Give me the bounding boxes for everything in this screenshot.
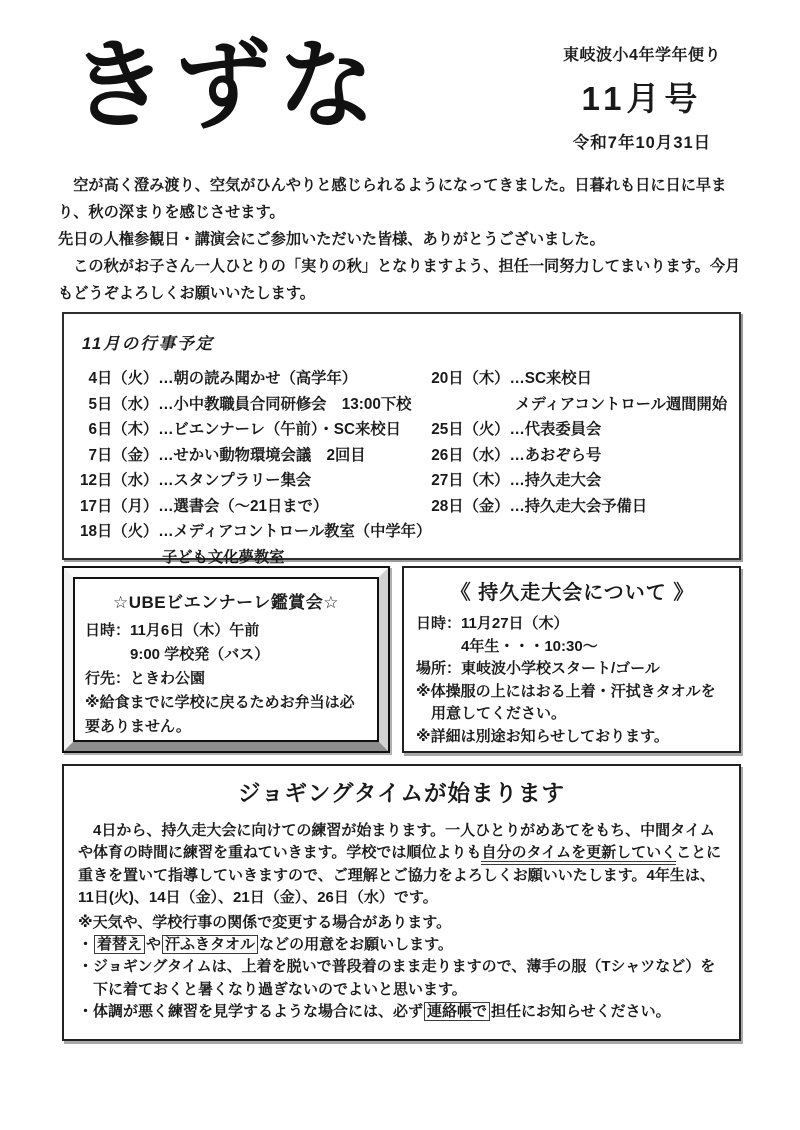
endurance-race-box: 《 持久走大会について 》 日時：11月27日（木） 4年生・・・10:30～ … (402, 566, 741, 753)
schedule-item: 7日（金）…せかい動物環境会議 2回目 (80, 443, 431, 469)
bullet-marker: ・ (78, 936, 93, 953)
schedule-columns: 4日（火）…朝の読み聞かせ（高学年） 5日（水）…小中教職員合同研修会 13:0… (80, 366, 727, 570)
jogging-bullet-2: ・ジョギングタイムは、上着を脱いで普段着のまま走りますので、薄手の服（Tシャツな… (78, 956, 725, 1001)
jogging-box-body: 4日から、持久走大会に向けての練習が始まります。一人ひとりがめあてをもち、中間タ… (78, 820, 725, 1024)
bullet-text: 担任にお知らせください。 (491, 1003, 671, 1020)
ube-box-line: 9:00 学校発（バス） (85, 643, 367, 667)
jogging-box-title: ジョギングタイムが始まります (78, 776, 725, 808)
jogging-underlined-phrase: 自分のタイムを更新していく (481, 844, 676, 865)
schedule-column-right: 20日（木）…SC来校日 メディアコントロール週間開始 25日（火）…代表委員会… (431, 366, 727, 570)
jogging-note: ※天気や、学校行事の関係で変更する場合があります。 (78, 912, 725, 934)
jogging-paragraph: 4日から、持久走大会に向けての練習が始まります。一人ひとりがめあてをもち、中間タ… (78, 820, 725, 910)
intro-section: 空が高く澄み渡り、空気がひんやりと感じられるようになってきました。日暮れも日に日… (58, 172, 748, 307)
race-box-note: ※体操服の上にはおる上着・汗拭きタオルを用意してください。 (416, 681, 729, 726)
schedule-item: 5日（水）…小中教職員合同研修会 13:00下校 (80, 392, 431, 418)
jogging-time-box: ジョギングタイムが始まります 4日から、持久走大会に向けての練習が始まります。一… (62, 764, 741, 1041)
schedule-item: 4日（火）…朝の読み聞かせ（高学年） (80, 366, 431, 392)
race-box-line: 日時：11月27日（木） (416, 613, 729, 636)
issue-school-line: 東岐波小4年学年便り (542, 42, 742, 65)
schedule-item: 20日（木）…SC来校日 (431, 366, 727, 392)
bullet-text: や (146, 936, 161, 953)
intro-paragraph-2: 先日の人権参観日・講演会にご参加いただいた皆様、ありがとうございました。 (58, 226, 748, 253)
schedule-item-continued: メディアコントロール週間開始 (431, 392, 727, 418)
schedule-box: 11月の行事予定 4日（火）…朝の読み聞かせ（高学年） 5日（水）…小中教職員合… (62, 312, 741, 560)
ube-box-title: ☆UBEビエンナーレ鑑賞会☆ (85, 588, 367, 613)
schedule-column-left: 4日（火）…朝の読み聞かせ（高学年） 5日（水）…小中教職員合同研修会 13:0… (80, 366, 431, 570)
ube-frame-bevel: ☆UBEビエンナーレ鑑賞会☆ 日時：11月6日（木）午前 9:00 学校発（バス… (64, 568, 388, 751)
schedule-item: 6日（木）…ビエンナーレ（午前）・SC来校日 (80, 417, 431, 443)
boxed-word-kigae: 着替え (94, 935, 145, 954)
schedule-heading: 11月の行事予定 (82, 330, 727, 354)
bullet-text: ・体調が悪く練習を見学するような場合には、必ず (78, 1003, 423, 1020)
boxed-word-towel: 汗ふきタオル (162, 935, 258, 954)
race-box-note: ※詳細は別途お知らせしております。 (416, 726, 729, 749)
page-title: きずな (70, 30, 382, 142)
bullet-text: などの用意をお願いします。 (259, 936, 453, 953)
intro-paragraph-3: この秋がお子さん一人ひとりの「実りの秋」となりますよう、担任一同努力してまいりま… (58, 253, 748, 307)
schedule-item: 26日（水）…あおぞら号 (431, 443, 727, 469)
schedule-item: 28日（金）…持久走大会予備日 (431, 494, 727, 520)
ube-box-line: ※給食までに学校に戻るためお弁当は必要ありません。 (85, 691, 367, 739)
race-box-line: 場所：東岐波小学校スタート/ゴール (416, 658, 729, 681)
ube-frame-inner: ☆UBEビエンナーレ鑑賞会☆ 日時：11月6日（木）午前 9:00 学校発（バス… (73, 577, 379, 742)
issue-date-label: 令和7年10月31日 (542, 129, 742, 153)
ube-box-line: 行先：ときわ公園 (85, 667, 367, 691)
race-box-title: 《 持久走大会について 》 (416, 576, 729, 605)
schedule-item: 18日（火）…メディアコントロール教室（中学年） (80, 519, 431, 545)
schedule-item: 17日（月）…選書会（～21日まで） (80, 494, 431, 520)
schedule-item: 27日（木）…持久走大会 (431, 468, 727, 494)
ube-box-line: 日時：11月6日（木）午前 (85, 619, 367, 643)
issue-month-label: 11月号 (542, 73, 742, 120)
race-box-line: 4年生・・・10:30～ (416, 636, 729, 659)
jogging-bullet-1: ・着替えや汗ふきタオルなどの用意をお願いします。 (78, 934, 725, 956)
ube-biennale-box: ☆UBEビエンナーレ鑑賞会☆ 日時：11月6日（木）午前 9:00 学校発（バス… (62, 566, 390, 753)
intro-paragraph-1: 空が高く澄み渡り、空気がひんやりと感じられるようになってきました。日暮れも日に日… (58, 172, 748, 226)
schedule-item: 12日（水）…スタンプラリー集会 (80, 468, 431, 494)
schedule-item: 25日（火）…代表委員会 (431, 417, 727, 443)
boxed-word-renrakucho: 連絡帳で (424, 1002, 490, 1021)
jogging-bullet-3: ・体調が悪く練習を見学するような場合には、必ず連絡帳で担任にお知らせください。 (78, 1001, 725, 1023)
issue-block: 東岐波小4年学年便り 11月号 令和7年10月31日 (542, 42, 742, 153)
